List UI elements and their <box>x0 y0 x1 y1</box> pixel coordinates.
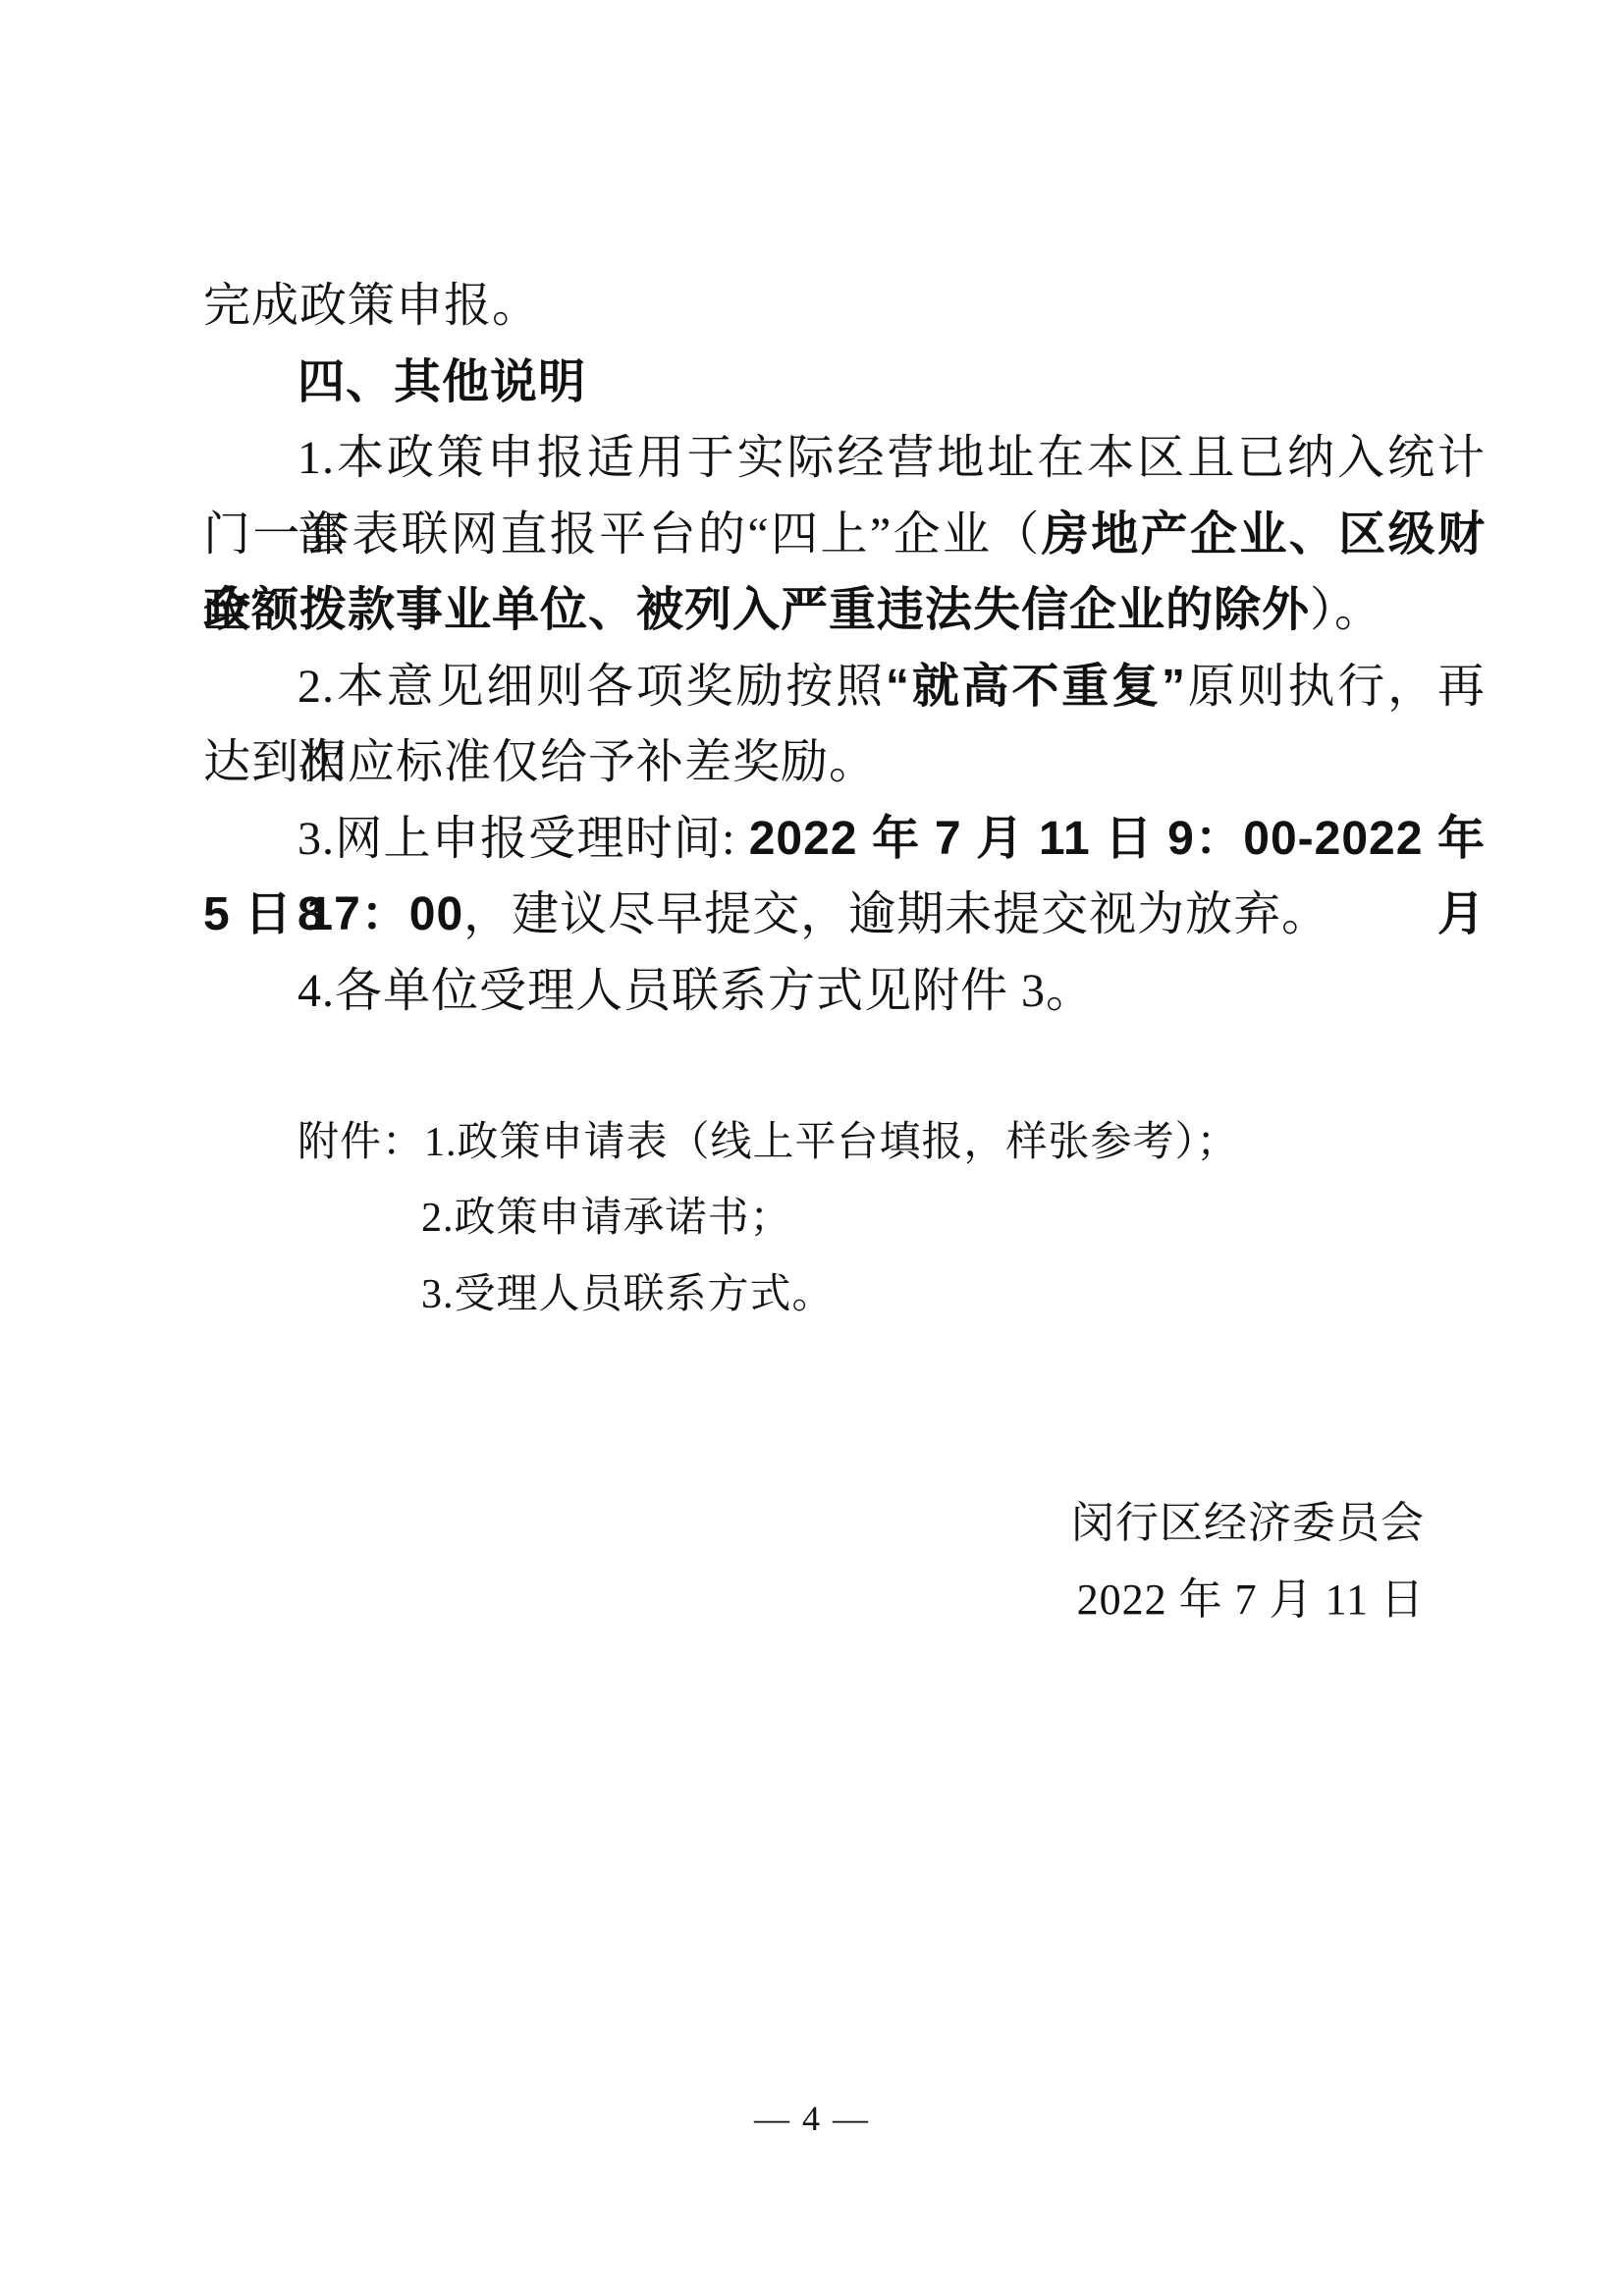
item2-line1-bold: “就高不重复” <box>886 661 1186 713</box>
blank-line <box>203 1029 1486 1105</box>
item2-line2-text: 达到相应标准仅给予补差奖励。 <box>203 736 877 788</box>
item2-line2: 达到相应标准仅给予补差奖励。 <box>203 724 1486 801</box>
blank-line <box>203 1333 1486 1410</box>
attachments-label-line: 附件：1.政策申请表（线上平台填报，样张参考）； <box>203 1105 1486 1182</box>
signature-org-text: 闵行区经济委员会 <box>1071 1499 1425 1547</box>
page-number: — 4 — <box>0 2091 1624 2146</box>
attachment-item-3: 3.受理人员联系方式。 <box>421 1257 1486 1334</box>
signature-date-text: 2022 年 7 月 11 日 <box>1077 1575 1425 1624</box>
signature-org: 闵行区经济委员会 <box>203 1485 1486 1562</box>
attachments-line1-text: 附件：1.政策申请表（线上平台填报，样张参考）； <box>298 1120 1239 1165</box>
section-heading-text: 四、其他说明 <box>298 356 586 408</box>
item1-line3: 全额拨款事业单位、被列入严重违法失信企业的除外）。 <box>203 572 1486 649</box>
item3-line2-regular: ，建议尽早提交，逾期未提交视为放弃。 <box>463 888 1329 940</box>
intro-line: 完成政策申报。 <box>203 268 1486 345</box>
item4-text: 4.各单位受理人员联系方式见附件 3。 <box>298 965 1094 1017</box>
item3-line2-bold: 5 日 17：00 <box>203 888 463 940</box>
intro-text: 完成政策申报。 <box>203 280 540 332</box>
attachment-item-3-text: 3.受理人员联系方式。 <box>421 1272 835 1317</box>
item3-line1: 3.网上申报受理时间: 2022 年 7 月 11 日 9：00-2022 年 … <box>203 801 1486 878</box>
item1-line2-regular: 门一套表联网直报平台的“四上”企业（ <box>203 508 1042 561</box>
page-number-text: — 4 — <box>754 2099 870 2138</box>
item3-line2: 5 日 17：00，建议尽早提交，逾期未提交视为放弃。 <box>203 877 1486 953</box>
item2-line1-regular: 2.本意见细则各项奖励按照 <box>298 661 886 713</box>
attachment-item-2: 2.政策申请承诺书； <box>421 1181 1486 1257</box>
item1-line1: 1.本政策申报适用于实际经营地址在本区且已纳入统计部 <box>203 420 1486 497</box>
item1-line3-tail: ）。 <box>1310 584 1382 636</box>
blank-line <box>203 1410 1486 1486</box>
item2-line1: 2.本意见细则各项奖励按照“就高不重复”原则执行，再次 <box>203 649 1486 725</box>
section-heading: 四、其他说明 <box>203 345 1486 421</box>
item1-line2: 门一套表联网直报平台的“四上”企业（房地产企业、区级财政 <box>203 497 1486 573</box>
item3-line1-regular: 3.网上申报受理时间: <box>298 813 749 865</box>
attachment-item-2-text: 2.政策申请承诺书； <box>421 1196 792 1241</box>
item1-line3-bold: 全额拨款事业单位、被列入严重违法失信企业的除外 <box>203 584 1310 636</box>
document-page: 完成政策申报。 四、其他说明 1.本政策申报适用于实际经营地址在本区且已纳入统计… <box>0 0 1624 2296</box>
document-body: 完成政策申报。 四、其他说明 1.本政策申报适用于实际经营地址在本区且已纳入统计… <box>203 268 1486 1637</box>
item4-line: 4.各单位受理人员联系方式见附件 3。 <box>203 953 1486 1030</box>
signature-date: 2022 年 7 月 11 日 <box>203 1562 1486 1638</box>
